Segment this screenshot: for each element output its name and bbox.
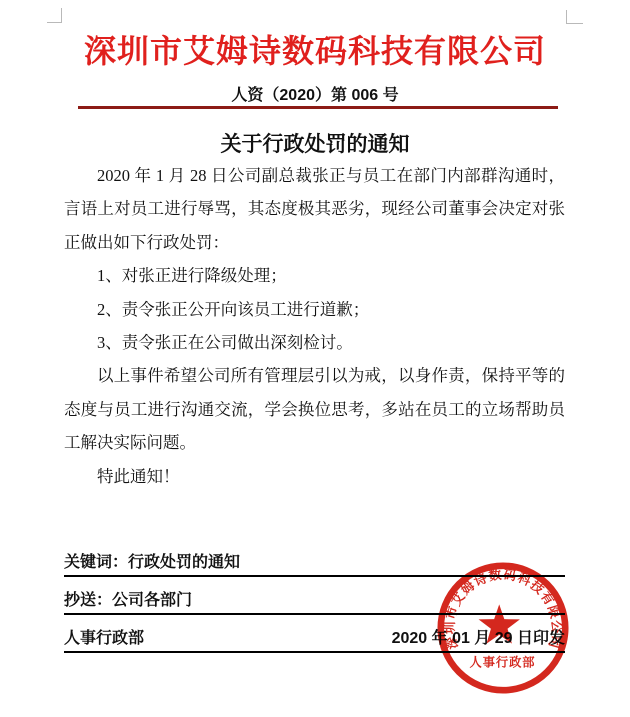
issuing-department: 人事行政部: [64, 629, 144, 649]
keywords-text: 关键词：行政处罚的通知: [64, 554, 240, 571]
punishment-item-2: 2、责令张正公开向该员工进行道歉；: [64, 293, 565, 326]
closing-line: 特此通知！: [64, 460, 565, 493]
document-body: 2020 年 1 月 28 日公司副总裁张正与员工在部门内部群沟通时，言语上对员…: [64, 159, 565, 493]
page-margin-mark-top-left: [47, 8, 62, 23]
issue-date: 2020 年 01 月 29 日印发: [392, 629, 565, 649]
document-footer: 关键词：行政处罚的通知 抄送：公司各部门 人事行政部 2020 年 01 月 2…: [64, 553, 565, 667]
keywords-row: 关键词：行政处罚的通知: [64, 553, 565, 577]
company-title: 深圳市艾姆诗数码科技有限公司: [0, 26, 630, 72]
red-divider: [78, 106, 558, 109]
document-page: 深圳市艾姆诗数码科技有限公司 人资（2020）第 006 号 关于行政处罚的通知…: [0, 0, 630, 717]
body-paragraph-1: 2020 年 1 月 28 日公司副总裁张正与员工在部门内部群沟通时，言语上对员…: [64, 159, 565, 259]
cc-text: 抄送：公司各部门: [64, 592, 192, 609]
page-margin-mark-top-right: [566, 10, 583, 24]
body-paragraph-2: 以上事件希望公司所有管理层引以为戒，以身作责，保持平等的态度与员工进行沟通交流，…: [64, 359, 565, 459]
issue-row: 人事行政部 2020 年 01 月 29 日印发: [64, 629, 565, 653]
doc-number: 人资（2020）第 006 号: [0, 82, 630, 105]
notice-title: 关于行政处罚的通知: [0, 128, 630, 158]
punishment-item-3: 3、责令张正在公司做出深刻检讨。: [64, 326, 565, 359]
cc-row: 抄送：公司各部门: [64, 591, 565, 615]
punishment-item-1: 1、对张正进行降级处理；: [64, 259, 565, 292]
